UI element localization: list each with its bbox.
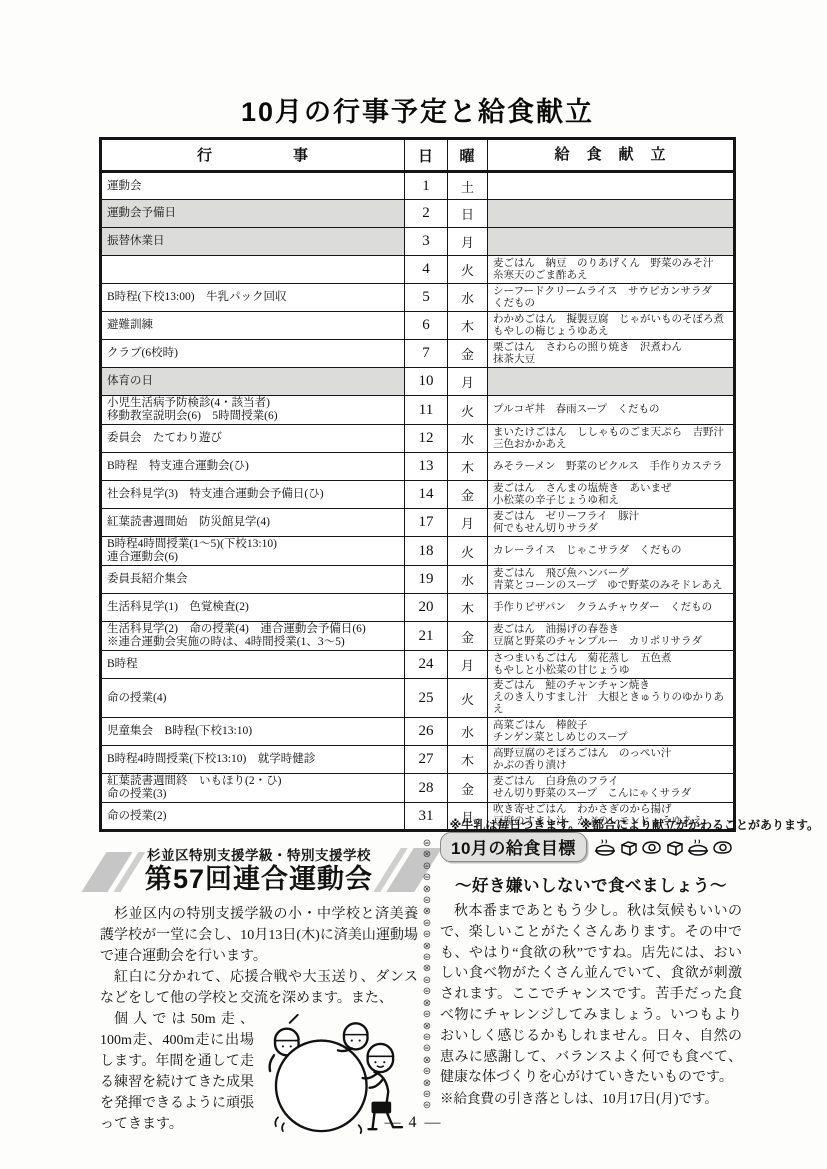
- day-cell: 7: [405, 340, 448, 368]
- table-row: 運動会予備日 2 日: [101, 200, 735, 228]
- day-cell: 18: [405, 537, 448, 566]
- table-header: 行 事 日 曜 給 食 献 立: [101, 139, 735, 172]
- event-cell: B時程4時間授業(下校13:10) 就学時健診: [101, 746, 405, 774]
- event-cell: B時程 特支連合運動会(ひ): [101, 453, 405, 481]
- weekday-cell: 木: [448, 746, 488, 774]
- sports-day-article: 杉並区特別支援学級・特別支援学校 第57回連合運動会 杉並区内の特別支援学級の小…: [100, 842, 418, 1139]
- weekday-cell: 水: [448, 425, 488, 453]
- menu-cell: 栗ごはん さわらの照り焼き 沢煮わん 抹茶大豆: [488, 340, 735, 368]
- tofu-box-icon: [619, 839, 638, 856]
- article-paragraph: 杉並区内の特別支援学級の小・中学校と済美養護学校が一堂に会し、10月13日(木)…: [100, 904, 418, 967]
- table-row: B時程4時間授業(下校13:10) 就学時健診 27 木 高野豆腐のそぼろごはん…: [101, 746, 735, 774]
- steaming-dish-icon: [594, 839, 616, 856]
- menu-cell: 麦ごはん ゼリーフライ 豚汁 何でもせん切りサラダ: [488, 509, 735, 537]
- food-icon-row: [594, 839, 733, 856]
- weekday-cell: 金: [448, 340, 488, 368]
- event-cell: 体育の日: [101, 368, 405, 396]
- weekday-cell: 水: [448, 566, 488, 594]
- weekday-cell: 木: [448, 312, 488, 340]
- day-cell: 28: [405, 774, 448, 803]
- weekday-cell: 日: [448, 200, 488, 228]
- menu-cell: [488, 368, 735, 396]
- event-cell: 社会科見学(3) 特支連合運動会予備日(ひ): [101, 481, 405, 509]
- day-cell: 25: [405, 679, 448, 718]
- table-row: 命の授業(4) 25 火 麦ごはん 鮭のチャンチャン焼き えのき入りすまし汁 大…: [101, 679, 735, 718]
- table-row: 児童集会 B時程(下校13:10) 26 水 高菜ごはん 棒餃子 チンゲン菜とし…: [101, 718, 735, 746]
- article-supertitle: 杉並区特別支援学級・特別支援学校: [100, 844, 418, 864]
- menu-cell: 高菜ごはん 棒餃子 チンゲン菜としめじのスープ: [488, 718, 735, 746]
- event-cell: 児童集会 B時程(下校13:10): [101, 718, 405, 746]
- menu-cell: 手作りピザパン クラムチャウダー くだもの: [488, 594, 735, 622]
- day-cell: 27: [405, 746, 448, 774]
- menu-cell: 麦ごはん 油揚げの春巻き 豆腐と野菜のチャンプルー カリポリサラダ: [488, 622, 735, 651]
- day-cell: 17: [405, 509, 448, 537]
- event-cell: 命の授業(4): [101, 679, 405, 718]
- lunch-goal-article: 10月の給食目標: [440, 832, 742, 1110]
- table-row: 委員長紹介集会 19 水 麦ごはん 飛び魚ハンバーグ 青菜とコーンのスープ ゆで…: [101, 566, 735, 594]
- day-cell: 10: [405, 368, 448, 396]
- event-cell: 生活科見学(2) 命の授業(4) 連合運動会予備日(6) ※連合運動会実施の時は…: [101, 622, 405, 651]
- table-row: 生活科見学(1) 色覚検査(2) 20 木 手作りピザパン クラムチャウダー く…: [101, 594, 735, 622]
- lunch-goal-body: 秋本番まであともう少し。秋は気候もいいので、楽しいことがたくさんあります。その中…: [440, 902, 742, 1089]
- event-cell: 紅葉読書週間始 防災館見学(4): [101, 509, 405, 537]
- table-row: 小児生活病予防検診(4・該当者) 移動教室説明会(6) 5時間授業(6) 11 …: [101, 396, 735, 425]
- weekday-cell: 月: [448, 228, 488, 256]
- event-cell: 避難訓練: [101, 312, 405, 340]
- weekday-cell: 水: [448, 284, 488, 312]
- header-menu: 給 食 献 立: [488, 139, 735, 172]
- event-cell: 振替休業日: [101, 228, 405, 256]
- day-cell: 12: [405, 425, 448, 453]
- weekday-cell: 月: [448, 651, 488, 679]
- table-row: 避難訓練 6 木 わかめごはん 擬製豆腐 じゃがいものそぼろ煮 もやしの梅じょう…: [101, 312, 735, 340]
- table-row: 体育の日 10 月: [101, 368, 735, 396]
- menu-cell: [488, 172, 735, 200]
- event-cell: 生活科見学(1) 色覚検査(2): [101, 594, 405, 622]
- table-row: 紅葉読書週間始 防災館見学(4) 17 月 麦ごはん ゼリーフライ 豚汁 何でも…: [101, 509, 735, 537]
- header-day: 日: [405, 139, 448, 172]
- menu-cell: まいたけごはん ししゃものごま天ぷら 吉野汁 三色おかかあえ: [488, 425, 735, 453]
- sports-day-article-header: 杉並区特別支援学級・特別支援学校 第57回連合運動会: [100, 842, 418, 898]
- article-body: 杉並区内の特別支援学級の小・中学校と済美養護学校が一堂に会し、10月13日(木)…: [100, 904, 418, 1009]
- table-row: 社会科見学(3) 特支連合運動会予備日(ひ) 14 金 麦ごはん さんまの塩焼き…: [101, 481, 735, 509]
- header-event: 行 事: [101, 139, 405, 172]
- day-cell: 13: [405, 453, 448, 481]
- table-row: 振替休業日 3 月: [101, 228, 735, 256]
- day-cell: 1: [405, 172, 448, 200]
- menu-cell: 麦ごはん 白身魚のフライ せん切り野菜のスープ こんにゃくサラダ: [488, 774, 735, 803]
- menu-cell: カレーライス じゃこサラダ くだもの: [488, 537, 735, 566]
- day-cell: 6: [405, 312, 448, 340]
- event-cell: B時程: [101, 651, 405, 679]
- weekday-cell: 月: [448, 509, 488, 537]
- menu-cell: プルコギ丼 春雨スープ くだもの: [488, 396, 735, 425]
- day-cell: 21: [405, 622, 448, 651]
- day-cell: 5: [405, 284, 448, 312]
- day-cell: 2: [405, 200, 448, 228]
- tofu-box-icon: [665, 839, 684, 856]
- menu-cell: 高野豆腐のそぼろごはん のっぺい汁 かぶの香り漬け: [488, 746, 735, 774]
- page-number: — 4 —: [0, 1114, 827, 1132]
- table-row: B時程 特支連合運動会(ひ) 13 木 みそラーメン 野菜のピクルス 手作りカス…: [101, 453, 735, 481]
- schedule-table-body: 運動会 1 土 運動会予備日 2 日 振替休業日 3 月 4: [101, 172, 735, 831]
- schedule-menu-table: 行 事 日 曜 給 食 献 立 運動会 1 土 運動会予備日 2 日 振替休業日: [99, 137, 736, 832]
- event-cell: [101, 256, 405, 284]
- menu-cell: みそラーメン 野菜のピクルス 手作りカステラ: [488, 453, 735, 481]
- menu-cell: シーフードクリームライス サウピカンサラダ くだもの: [488, 284, 735, 312]
- menu-cell: [488, 228, 735, 256]
- weekday-cell: 火: [448, 256, 488, 284]
- event-cell: 委員会 たてわり遊び: [101, 425, 405, 453]
- weekday-cell: 金: [448, 622, 488, 651]
- weekday-cell: 金: [448, 774, 488, 803]
- page-title: 10月の行事予定と給食献立: [99, 90, 736, 129]
- smiley-divider-column: ⊜ ⊗ ⊜ ⊜ ⊗ ⊜ ⊗ ⊜ ⊜ ⊗ ⊜ ⊗ ⊜ ⊜ ⊗ ⊜ ⊗ ⊜ ⊜ ⊗ …: [419, 838, 435, 1112]
- weekday-cell: 火: [448, 679, 488, 718]
- table-row: B時程 24 月 さつまいもごはん 菊花蒸し 五色煮 もやしと小松菜の甘じょうゆ: [101, 651, 735, 679]
- table-row: 紅葉読書週間終 いもほり(2・ひ) 命の授業(3) 28 金 麦ごはん 白身魚の…: [101, 774, 735, 803]
- day-cell: 24: [405, 651, 448, 679]
- menu-cell: さつまいもごはん 菊花蒸し 五色煮 もやしと小松菜の甘じょうゆ: [488, 651, 735, 679]
- weekday-cell: 木: [448, 594, 488, 622]
- event-cell: B時程(下校13:00) 牛乳パック回収: [101, 284, 405, 312]
- event-cell: 小児生活病予防検診(4・該当者) 移動教室説明会(6) 5時間授業(6): [101, 396, 405, 425]
- fried-egg-icon: [641, 839, 662, 855]
- weekday-cell: 水: [448, 718, 488, 746]
- table-row: 生活科見学(2) 命の授業(4) 連合運動会予備日(6) ※連合運動会実施の時は…: [101, 622, 735, 651]
- lunch-goal-header: 10月の給食目標: [440, 832, 742, 862]
- table-header-row: 行 事 日 曜 給 食 献 立: [101, 139, 735, 172]
- event-cell: 運動会予備日: [101, 200, 405, 228]
- day-cell: 26: [405, 718, 448, 746]
- table-row: 4 火 麦ごはん 納豆 のりあげくん 野菜のみそ汁 糸寒天のごま酢あえ: [101, 256, 735, 284]
- weekday-cell: 月: [448, 368, 488, 396]
- menu-cell: わかめごはん 擬製豆腐 じゃがいものそぼろ煮 もやしの梅じょうゆあえ: [488, 312, 735, 340]
- table-row: 委員会 たてわり遊び 12 水 まいたけごはん ししゃものごま天ぷら 吉野汁 三…: [101, 425, 735, 453]
- fried-egg-icon: [712, 839, 733, 855]
- weekday-cell: 金: [448, 481, 488, 509]
- table-row: 運動会 1 土: [101, 172, 735, 200]
- table-row: B時程4時間授業(1～5)(下校13:10) 連合運動会(6) 18 火 カレー…: [101, 537, 735, 566]
- day-cell: 14: [405, 481, 448, 509]
- day-cell: 20: [405, 594, 448, 622]
- menu-cell: [488, 200, 735, 228]
- event-cell: 紅葉読書週間終 いもほり(2・ひ) 命の授業(3): [101, 774, 405, 803]
- article-title: 第57回連合運動会: [100, 864, 418, 894]
- day-cell: 19: [405, 566, 448, 594]
- lunch-fee-note: ※給食費の引き落としは、10月17日(月)です。: [440, 1089, 742, 1110]
- day-cell: 11: [405, 396, 448, 425]
- weekday-cell: 火: [448, 537, 488, 566]
- event-cell: クラブ(6校時): [101, 340, 405, 368]
- lunch-goal-subtitle: ～好き嫌いしないで食べましょう～: [440, 872, 742, 896]
- weekday-cell: 火: [448, 396, 488, 425]
- day-cell: 4: [405, 256, 448, 284]
- event-cell: B時程4時間授業(1～5)(下校13:10) 連合運動会(6): [101, 537, 405, 566]
- event-cell: 委員長紹介集会: [101, 566, 405, 594]
- steaming-dish-icon: [687, 839, 709, 856]
- menu-cell: 麦ごはん 納豆 のりあげくん 野菜のみそ汁 糸寒天のごま酢あえ: [488, 256, 735, 284]
- menu-cell: 麦ごはん 鮭のチャンチャン焼き えのき入りすまし汁 大根ときゅうりのゆかりあえ: [488, 679, 735, 718]
- lunch-goal-title-badge: 10月の給食目標: [440, 832, 587, 862]
- weekday-cell: 土: [448, 172, 488, 200]
- day-cell: 3: [405, 228, 448, 256]
- menu-cell: 麦ごはん 飛び魚ハンバーグ 青菜とコーンのスープ ゆで野菜のみそドレあえ: [488, 566, 735, 594]
- article-paragraph: 紅白に分かれて、応援合戦や大玉送り、ダンスなどをして他の学校と交流を深めます。ま…: [100, 967, 418, 1009]
- menu-cell: 麦ごはん さんまの塩焼き あいまぜ 小松菜の辛子じょうゆ和え: [488, 481, 735, 509]
- header-weekday: 曜: [448, 139, 488, 172]
- milk-menu-note: ※牛乳は毎日つきます。※都合により献立がかわることがあります。: [99, 816, 819, 833]
- table-row: クラブ(6校時) 7 金 栗ごはん さわらの照り焼き 沢煮わん 抹茶大豆: [101, 340, 735, 368]
- weekday-cell: 木: [448, 453, 488, 481]
- table-row: B時程(下校13:00) 牛乳パック回収 5 水 シーフードクリームライス サウ…: [101, 284, 735, 312]
- event-cell: 運動会: [101, 172, 405, 200]
